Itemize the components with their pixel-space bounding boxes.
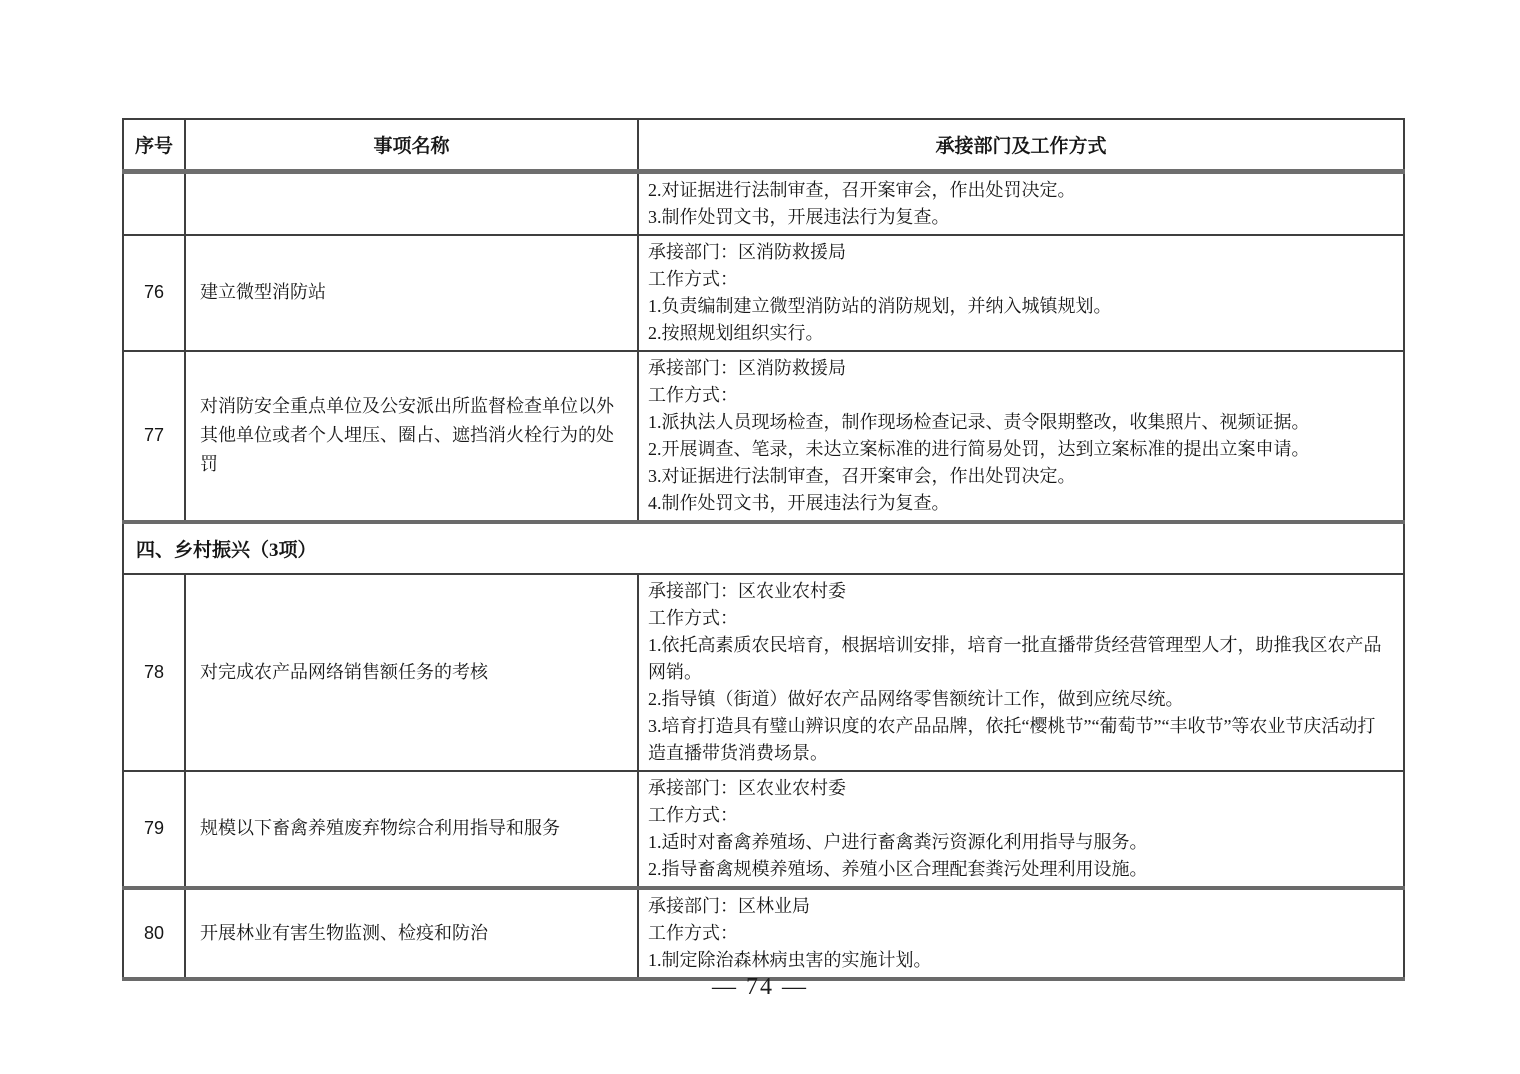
col-header-seq: 序号 (123, 119, 185, 171)
table-row-76: 76 建立微型消防站 承接部门：区消防救援局 工作方式： 1.负责编制建立微型消… (123, 235, 1404, 351)
row-number-cell: 78 (123, 574, 185, 771)
item-name-cell: 开展林业有害生物监测、检疫和防治 (185, 888, 638, 979)
table-row-78: 78 对完成农产品网络销售额任务的考核 承接部门：区农业农村委 工作方式： 1.… (123, 574, 1404, 771)
item-name-cell: 建立微型消防站 (185, 235, 638, 351)
section-row: 四、乡村振兴（3项） (123, 522, 1404, 574)
detail-cell: 承接部门：区消防救援局 工作方式： 1.负责编制建立微型消防站的消防规划，并纳入… (638, 235, 1404, 351)
document-page: 序号 事项名称 承接部门及工作方式 2.对证据进行法制审查，召开案审会，作出处罚… (0, 0, 1520, 1074)
row-number-cell: 76 (123, 235, 185, 351)
detail-cell: 承接部门：区林业局 工作方式： 1.制定除治森林病虫害的实施计划。 (638, 888, 1404, 979)
detail-line: 3.培育打造具有璧山辨识度的农产品品牌，依托“樱桃节”“葡萄节”“丰收节”等农业… (648, 713, 1393, 767)
col-header-department: 承接部门及工作方式 (638, 119, 1404, 171)
detail-line: 工作方式： (648, 920, 1393, 947)
table-row-79: 79 规模以下畜禽养殖废弃物综合利用指导和服务 承接部门：区农业农村委 工作方式… (123, 771, 1404, 888)
detail-line: 承接部门：区农业农村委 (648, 775, 1393, 802)
detail-line: 1.适时对畜禽养殖场、户进行畜禽粪污资源化利用指导与服务。 (648, 829, 1393, 856)
detail-line: 3.对证据进行法制审查，召开案审会，作出处罚决定。 (648, 463, 1393, 490)
items-table: 序号 事项名称 承接部门及工作方式 2.对证据进行法制审查，召开案审会，作出处罚… (122, 118, 1405, 981)
table-row-continuation: 2.对证据进行法制审查，召开案审会，作出处罚决定。 3.制作处罚文书，开展违法行… (123, 171, 1404, 235)
row-number-cell: 77 (123, 351, 185, 522)
row-number-cell (123, 171, 185, 235)
table-row-77: 77 对消防安全重点单位及公安派出所监督检查单位以外其他单位或者个人埋压、圈占、… (123, 351, 1404, 522)
detail-line: 1.依托高素质农民培育，根据培训安排，培育一批直播带货经营管理型人才，助推我区农… (648, 632, 1393, 686)
col-header-item-name: 事项名称 (185, 119, 638, 171)
item-name-cell (185, 171, 638, 235)
detail-cell: 2.对证据进行法制审查，召开案审会，作出处罚决定。 3.制作处罚文书，开展违法行… (638, 171, 1404, 235)
detail-line: 4.制作处罚文书，开展违法行为复查。 (648, 490, 1393, 517)
detail-line: 1.派执法人员现场检查，制作现场检查记录、责令限期整改，收集照片、视频证据。 (648, 409, 1393, 436)
detail-cell: 承接部门：区农业农村委 工作方式： 1.依托高素质农民培育，根据培训安排，培育一… (638, 574, 1404, 771)
item-name-cell: 规模以下畜禽养殖废弃物综合利用指导和服务 (185, 771, 638, 888)
detail-line: 2.指导畜禽规模养殖场、养殖小区合理配套粪污处理利用设施。 (648, 856, 1393, 883)
table-header-row: 序号 事项名称 承接部门及工作方式 (123, 119, 1404, 171)
row-number-cell: 79 (123, 771, 185, 888)
detail-line: 承接部门：区林业局 (648, 893, 1393, 920)
item-name-cell: 对消防安全重点单位及公安派出所监督检查单位以外其他单位或者个人埋压、圈占、遮挡消… (185, 351, 638, 522)
detail-line: 2.开展调查、笔录，未达立案标准的进行简易处罚，达到立案标准的提出立案申请。 (648, 436, 1393, 463)
detail-line: 3.制作处罚文书，开展违法行为复查。 (648, 204, 1393, 231)
detail-line: 承接部门：区消防救援局 (648, 355, 1393, 382)
detail-line: 2.按照规划组织实行。 (648, 320, 1393, 347)
item-name-cell: 对完成农产品网络销售额任务的考核 (185, 574, 638, 771)
detail-cell: 承接部门：区农业农村委 工作方式： 1.适时对畜禽养殖场、户进行畜禽粪污资源化利… (638, 771, 1404, 888)
detail-line: 工作方式： (648, 382, 1393, 409)
detail-line: 工作方式： (648, 266, 1393, 293)
detail-line: 1.制定除治森林病虫害的实施计划。 (648, 947, 1393, 974)
detail-line: 承接部门：区农业农村委 (648, 578, 1393, 605)
row-number-cell: 80 (123, 888, 185, 979)
page-number: — 74 — (0, 974, 1520, 1001)
detail-line: 工作方式： (648, 605, 1393, 632)
detail-line: 工作方式： (648, 802, 1393, 829)
detail-line: 1.负责编制建立微型消防站的消防规划，并纳入城镇规划。 (648, 293, 1393, 320)
detail-cell: 承接部门：区消防救援局 工作方式： 1.派执法人员现场检查，制作现场检查记录、责… (638, 351, 1404, 522)
detail-line: 2.对证据进行法制审查，召开案审会，作出处罚决定。 (648, 177, 1393, 204)
detail-line: 承接部门：区消防救援局 (648, 239, 1393, 266)
detail-line: 2.指导镇（街道）做好农产品网络零售额统计工作，做到应统尽统。 (648, 686, 1393, 713)
table-row-80: 80 开展林业有害生物监测、检疫和防治 承接部门：区林业局 工作方式： 1.制定… (123, 888, 1404, 979)
section-header: 四、乡村振兴（3项） (123, 522, 1404, 574)
